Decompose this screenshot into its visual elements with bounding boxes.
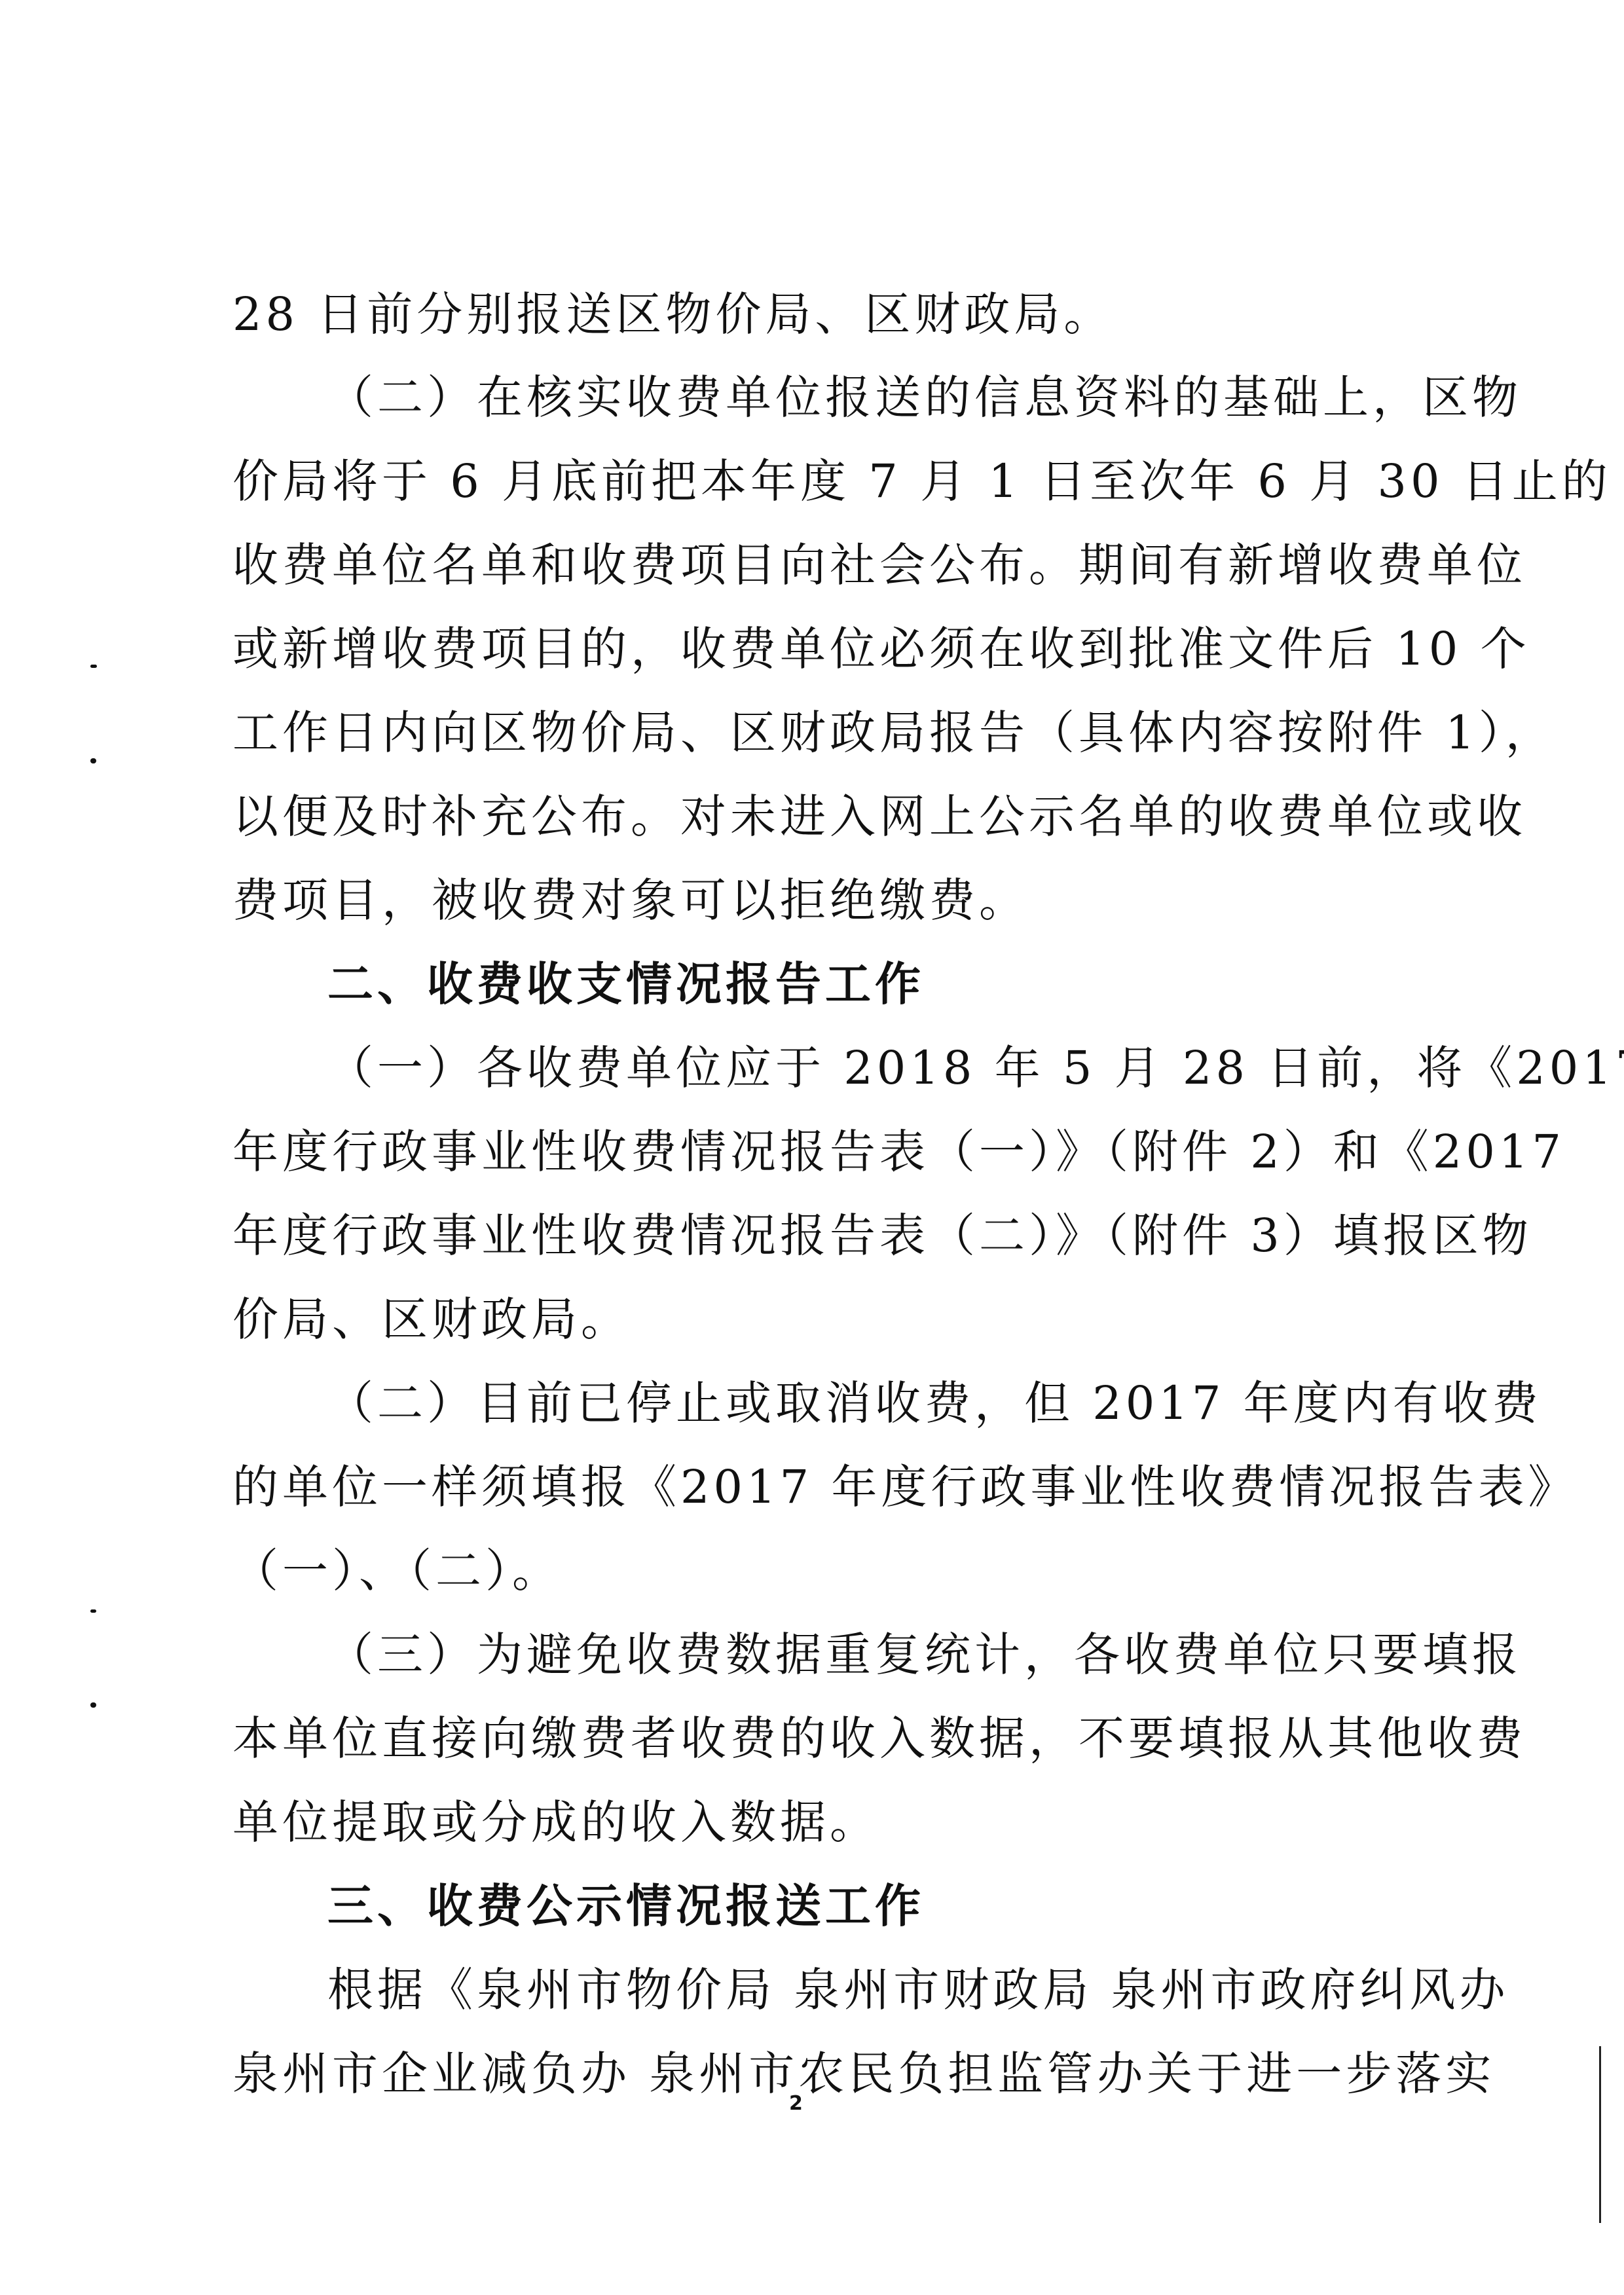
paragraph-line: （二）目前已停止或取消收费，但 2017 年度内有收费 [327,1374,1385,1433]
section-heading: 二、收费收支情况报告工作 [327,955,1385,1014]
section-heading: 三、收费公示情况报送工作 [327,1877,1385,1936]
paragraph-line: （二）在核实收费单位报送的信息资料的基础上，区物 [327,368,1385,427]
scan-edge-line [1599,2046,1601,2223]
paragraph-line: 28 日前分别报送区物价局、区财政局。 [232,285,1385,344]
scan-speck [90,1609,96,1613]
scan-speck [90,1702,96,1708]
page-number: 2 [789,2092,803,2115]
paragraph-line: 价局、区财政局。 [232,1290,1385,1349]
paragraph-line: 单位提取或分成的收入数据。 [232,1793,1385,1852]
paragraph-line: 的单位一样须填报《2017 年度行政事业性收费情况报告表》 [232,1458,1385,1516]
paragraph-line: 工作日内向区物价局、区财政局报告（具体内容按附件 1）， [232,703,1385,762]
paragraph-line: （一）各收费单位应于 2018 年 5 月 28 日前，将《2017 [327,1038,1385,1097]
paragraph-line: （三）为避免收费数据重复统计，各收费单位只要填报 [327,1625,1385,1684]
scan-speck [90,758,96,763]
paragraph-line: 年度行政事业性收费情况报告表（二）》（附件 3）填报区物 [232,1206,1385,1265]
paragraph-line: 根据《泉州市物价局 泉州市财政局 泉州市政府纠风办 [327,1960,1385,2019]
paragraph-line: 年度行政事业性收费情况报告表（一）》（附件 2）和《2017 [232,1122,1385,1181]
document-page: 28 日前分别报送区物价局、区财政局。（二）在核实收费单位报送的信息资料的基础上… [0,0,1624,2295]
paragraph-line: 收费单位名单和收费项目向社会公布。期间有新增收费单位 [232,536,1385,595]
paragraph-line: 价局将于 6 月底前把本年度 7 月 1 日至次年 6 月 30 日止的 [232,452,1385,511]
scan-speck [90,665,97,668]
paragraph-line: 泉州市企业减负办 泉州市农民负担监管办关于进一步落实 [232,2044,1385,2103]
paragraph-line: 费项目，被收费对象可以拒绝缴费。 [232,871,1385,930]
paragraph-line: 或新增收费项目的，收费单位必须在收到批准文件后 10 个 [232,619,1385,678]
paragraph-line: 以便及时补充公布。对未进入网上公示名单的收费单位或收 [232,787,1385,846]
paragraph-line: （一）、（二）。 [232,1541,1385,1600]
paragraph-line: 本单位直接向缴费者收费的收入数据，不要填报从其他收费 [232,1709,1385,1768]
